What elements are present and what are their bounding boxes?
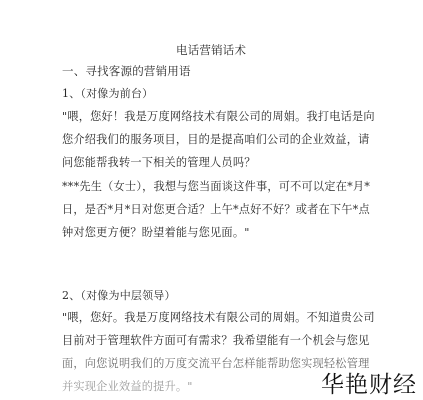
paragraph-line: 并实现企业效益的提升。" [62, 378, 193, 394]
paragraph-line: ***先生（女士），我想与您当面谈这件事，可不可以定在*月* [62, 178, 370, 194]
document-page: 电话营销话术 一、寻找客源的营销用语 1、（对像为前台） "喂，您好！我是万度网… [0, 0, 423, 400]
paragraph-line: 您介绍我们的服务项目，目的是提高咱们公司的企业效益，请 [62, 131, 369, 147]
document-title: 电话营销话术 [176, 42, 246, 58]
paragraph-line: 日，是否*月*日对您更合适？上午*点好不好？或者在下午*点 [62, 201, 370, 217]
paragraph-line: 问您能帮我转一下相关的管理人员吗？ [62, 154, 256, 170]
paragraph-line: 钟对您更方便？盼望着能与您见面。" [62, 224, 250, 240]
item-heading-front-desk: 1、（对像为前台） [62, 85, 153, 101]
watermark-logo: 华艳财经 [321, 366, 417, 399]
item-heading-middle-manager: 2、（对像为中层领导） [62, 287, 176, 303]
section-heading: 一、寻找客源的营销用语 [62, 63, 191, 79]
paragraph-line: "喂，您好。我是万度网络技术有限公司的周娟。不知道贵公司 [62, 309, 375, 325]
paragraph-line: "喂，您好！我是万度网络技术有限公司的周娟。我打电话是向 [62, 108, 375, 124]
paragraph-line: 目前对于管理软件方面可有需求？我希望能有一个机会与您见 [62, 332, 369, 348]
